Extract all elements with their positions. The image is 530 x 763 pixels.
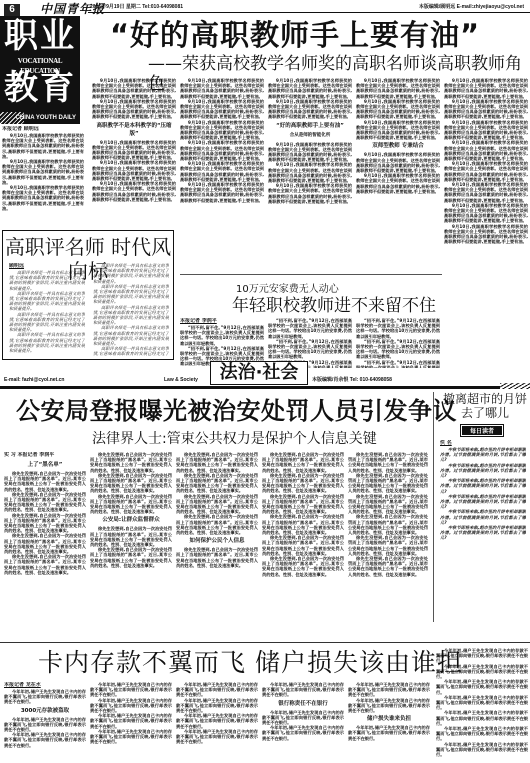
story2-headline: 年轻职校教师进不来留不住 (232, 296, 436, 316)
sidebar-byline: 顾明远 (9, 263, 85, 270)
section-name-en: Law & Society (164, 377, 198, 384)
article-text: 9月10日,我国高职学校教学名师获奖的教师在全国大会上受到表彰。这些名师在谈到高… (2, 133, 84, 211)
subhead: 公安局:让群众监督群众 (90, 516, 172, 524)
card-story-byline: 本报记者 龙在水 (4, 682, 86, 689)
section-tagline: CHINA YOUTH DAILY (0, 112, 80, 124)
top-story-col-5: 9月10日,我国高职学校教学名师获奖的教师在全国大会上受到表彰。这些名师在谈到高… (356, 78, 440, 268)
mooncake-byline: 佚 名 (440, 440, 526, 447)
subhead: 如何保护公民个人信息 (176, 537, 258, 545)
mooncake-headline: 撤离超市的月饼去了哪儿 (440, 392, 530, 420)
police-story-byline: 实 习 本报记者 李润平 (4, 452, 86, 459)
section-name-cn: 法治·社会 (210, 361, 308, 385)
subhead: 银行称责任不在银行 (262, 700, 344, 708)
subhead: 高职教学不是本科教学的“压缩版” (92, 122, 176, 138)
section-title-top: 职业 (0, 18, 80, 54)
section-title-bottom: 教育 (0, 70, 80, 106)
subhead: 合从是师的智能化所 (268, 132, 352, 140)
top-story-col-1: 本报记者 顾明远 9月10日,我国高职学校教学名师获奖的教师在全国大会上受到表彰… (2, 126, 84, 226)
story2-byline: 本报记者 李润平 (180, 318, 264, 325)
divider (0, 642, 530, 643)
page-number: 6 (4, 4, 20, 16)
header-rule (88, 12, 530, 13)
editor-line: 本版编辑/顾明远 E-mail:zhiyejiaoyu@cyol.net (419, 4, 524, 11)
subhead: 双师型教师 专兼结合 (356, 142, 440, 150)
section-band-rule (0, 386, 500, 389)
top-story-byline: 本报记者 顾明远 (2, 126, 84, 133)
top-story-headline: “好的高职教师手上要有油” (110, 18, 480, 52)
police-story-headline: 公安局登报曝光被治安处罚人员引发争议 (16, 396, 457, 426)
top-story-col-4: 9月10日,我国高职学校教学名师获奖的教师在全国大会上受到表彰。这些名师在谈到高… (268, 78, 352, 268)
sidebar-commentary-box: 高职评名师 时代风向标 顾明远 高职评名师是一件具有标志意义的事情,它意味着高职… (2, 230, 174, 360)
section-nameplate: 职业 VOCATIONAL EDUCATION 教育 CHINA YOUTH D… (0, 16, 80, 124)
police-story-subheadline: 法律界人士:管束公共权力是保护个人信息关键 (92, 430, 377, 448)
subhead: 上了“黑名单” (4, 461, 86, 469)
subhead: “好的高职教师手上要有油” (268, 122, 352, 130)
subhead: 3000元存款被盗取 (4, 707, 86, 715)
subhead: 储户损失谁来负担 (348, 715, 430, 723)
section-editor: 本版编辑/肖余恨 Tel: 010-64098058 (312, 377, 392, 384)
divider (180, 274, 442, 275)
top-story-col-2: 9月10日,我国高职学校教学名师获奖的教师在全国大会上受到表彰。这些名师在谈到高… (92, 78, 176, 228)
section-band-hatch (500, 383, 530, 389)
top-story-col-3: 9月10日,我国高职学校教学名师获奖的教师在全国大会上受到表彰。这些名师在谈到高… (180, 78, 264, 268)
column-badge: 每日读者 (462, 426, 502, 435)
dateline: 2006年9月19日 星期二 Tel:010-64098081 (90, 4, 183, 11)
column-divider (433, 392, 434, 622)
story2-kicker: 10万元安家费无人动心 (236, 284, 339, 296)
top-story-col-6: 9月10日,我国高职学校教学名师获奖的教师在全国大会上受到表彰。这些名师在谈到高… (444, 78, 528, 348)
section-email: E-mail: fazhi@cyol.net.cn (4, 377, 64, 384)
card-story-headline: 卡内存款不翼而飞 储户损失该由谁担 (38, 648, 463, 678)
